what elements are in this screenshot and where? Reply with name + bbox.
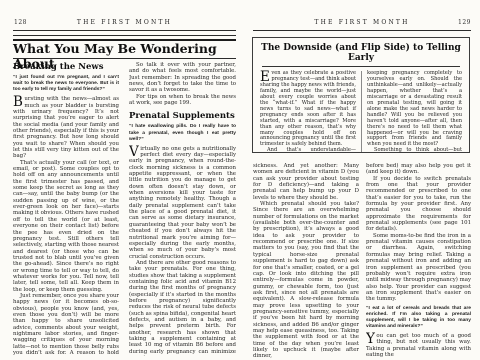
paragraph-prenatal-7: Some moms-to-be find the iron in a prena… (366, 233, 471, 303)
sidebar-box-title: The Downside (and Flip Side) to Telling … (253, 43, 469, 63)
paragraph-breaking-2: That’s actually your call (or text, or e… (13, 160, 119, 293)
section-title-underline (13, 58, 236, 59)
paragraph-breaking-4: So talk it over with your partner, and d… (129, 62, 236, 94)
sidebar-box-telling-early: The Downside (and Flip Side) to Telling … (252, 37, 470, 153)
right-page-column-1: sickness. And yet another: Many women ar… (253, 163, 359, 360)
reader-question-enriched-foods: “I eat a lot of cereals and breads that … (366, 306, 471, 330)
book-spread: 128 THE FIRST MONTH What You May Be Wond… (0, 0, 480, 360)
paragraph-prenatal-1: Virtually no one gets a nutritionally pe… (129, 146, 236, 260)
page-number-right: 129 (458, 19, 471, 26)
paragraph-prenatal-5: before bed) may also help you get it (an… (366, 163, 471, 176)
sidebar-box-column-1: Even as they celebrate a positive pregna… (260, 71, 361, 153)
paragraph-prenatal-6: If you decide to switch prenatals from o… (366, 176, 471, 233)
left-page-column-1: Breaking the News “I just found out I’m … (13, 62, 119, 356)
box-paragraph-3: keeping pregnancy completely to yourselv… (367, 71, 462, 148)
header-rule-right (253, 30, 471, 31)
paragraph-prenatal-3: sickness. And yet another: Many women ar… (253, 163, 359, 201)
heading-prenatal-supplements: Prenatal Supplements (129, 111, 236, 121)
box-paragraph-4: Something to think about—but something o… (367, 148, 462, 153)
paragraph-enriched-1: You can get too much of a good thing, bu… (366, 333, 471, 358)
box-paragraph-1: Even as they celebrate a positive pregna… (260, 71, 356, 148)
sidebar-box-title-rule (262, 66, 460, 67)
right-page-column-2: before bed) may also help you get it (an… (366, 163, 471, 360)
reader-question-prenatal: “I hate swallowing pills. Do I really ha… (129, 124, 236, 142)
left-page-column-2: So talk it over with your partner, and d… (129, 62, 236, 356)
paragraph-prenatal-4: Which prenatal should you take? Since th… (253, 201, 359, 360)
heading-breaking-the-news: Breaking the News (13, 62, 119, 72)
sidebar-box-column-2: keeping pregnancy completely to yourselv… (361, 71, 462, 153)
paragraph-prenatal-2: And there are other good reasons to take… (129, 260, 236, 356)
paragraph-breaking-5: For tips on when to break the news at wo… (129, 94, 236, 107)
header-rule-left (13, 30, 236, 31)
paragraph-breaking-1: Bursting with the news—almost as much as… (13, 96, 119, 159)
paragraph-breaking-3: Just remember, once you share your happy… (13, 293, 119, 356)
running-head-right: THE FIRST MONTH (253, 19, 471, 26)
sidebar-box-columns: Even as they celebrate a positive pregna… (253, 71, 469, 153)
running-head-left: THE FIRST MONTH (13, 19, 236, 26)
box-paragraph-2: And that’s understandable—especially if … (260, 148, 356, 153)
reader-question-breaking-news: “I just found out I’m pregnant, and I ca… (13, 75, 119, 93)
